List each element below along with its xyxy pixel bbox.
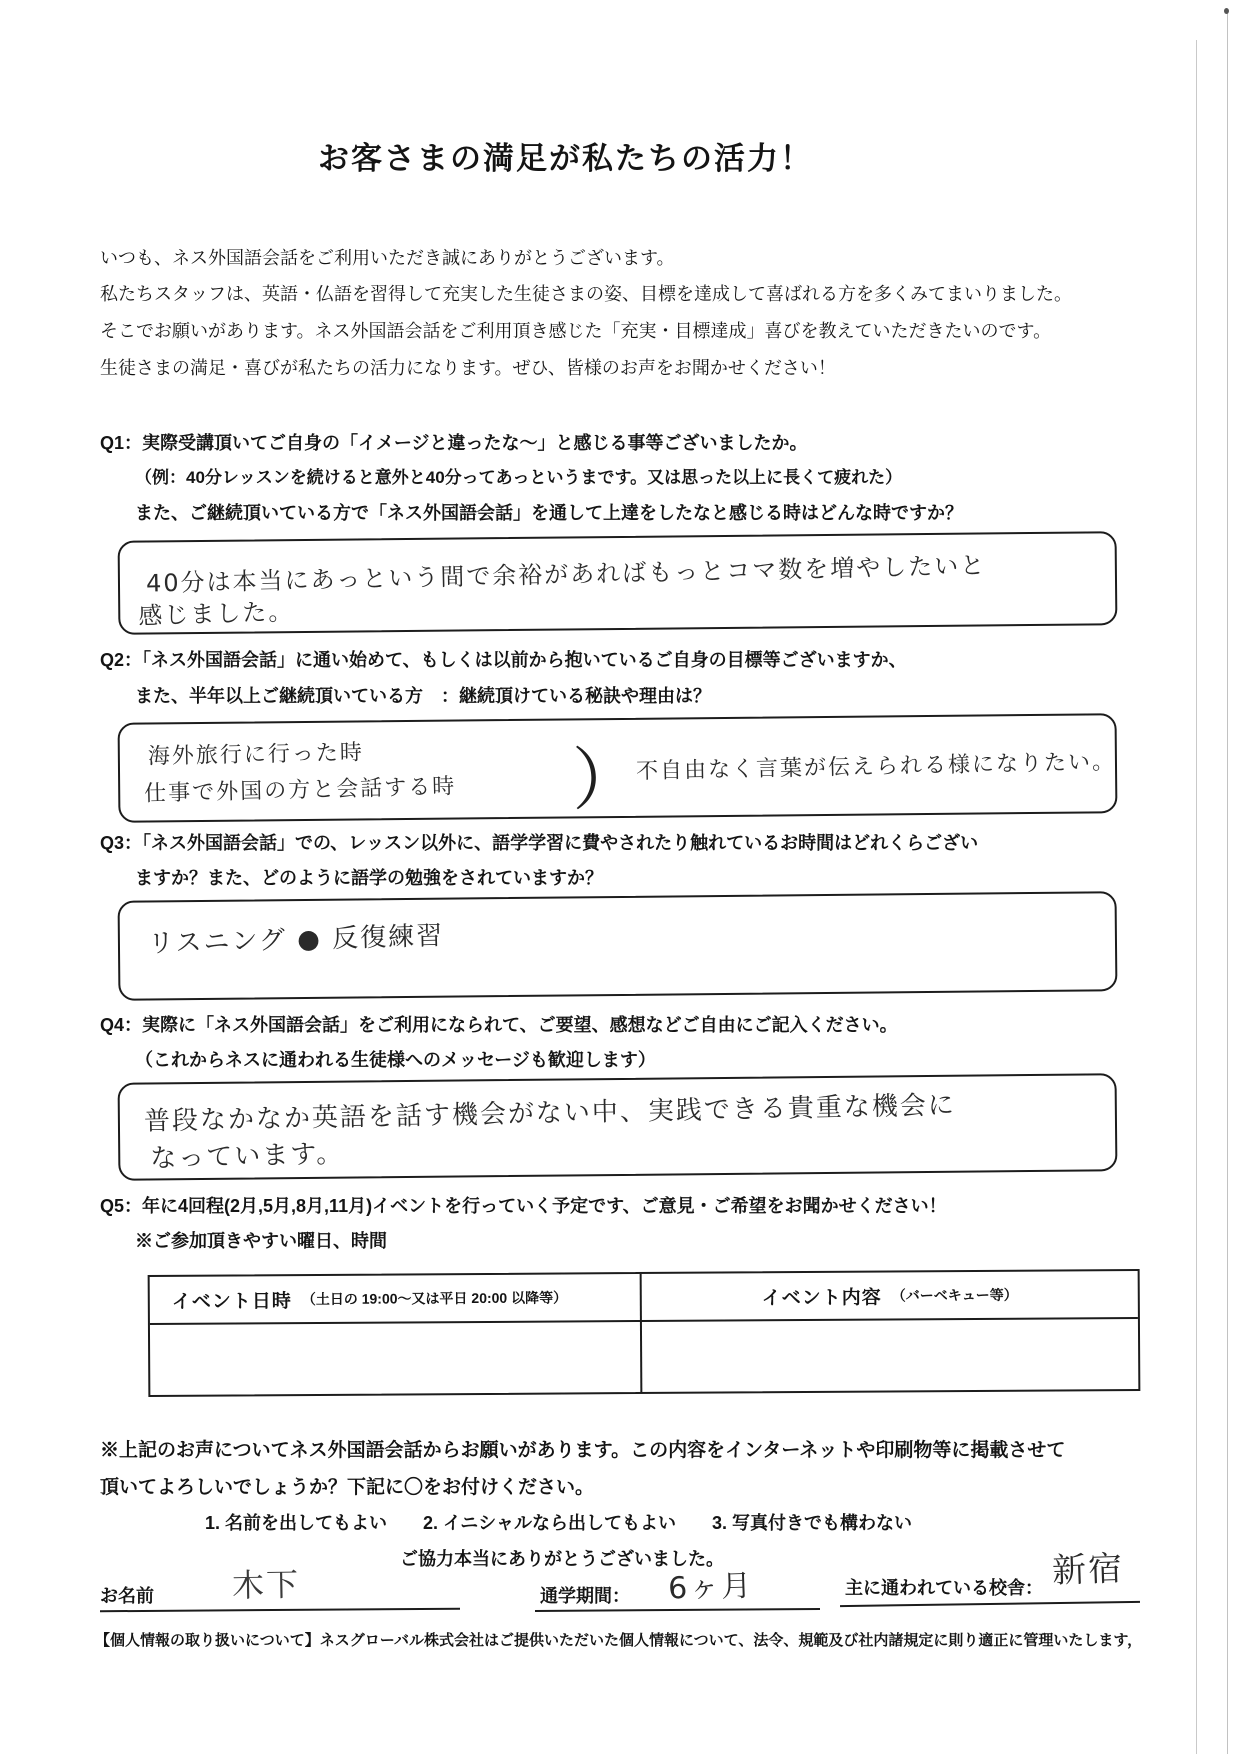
period-field-value: 6ヶ月 <box>667 1561 754 1608</box>
event-datetime-header-label: イベント日時 <box>172 1286 292 1314</box>
q3-question-line-1: Q3：「ネス外国語会話」での、レッスン以外に、語学学習に費やされたり触れているお… <box>100 833 978 855</box>
event-content-header-note: （バーベキュー等） <box>892 1285 1018 1306</box>
period-field-label: 通学期間： <box>540 1586 630 1608</box>
event-table-header-row: イベント日時 （土日の 19:00～又は平日 20:00 以降等） イベント内容… <box>150 1271 1138 1325</box>
q1-question-line-1: Q1：実際受講頂いてご自身の「イメージと違ったな～」と感じる事等ございましたか。 <box>100 433 807 455</box>
q2-question-line-2: また、半年以上ご継続頂いている方 ：継続頂けている秘訣や理由は？ <box>135 686 711 708</box>
q4-answer-line-1: 普段なかなか英語を話す機会がない中、実践できる貴重な機会に <box>144 1085 957 1138</box>
q2-answer-box: 海外旅行に行った時 仕事で外国の方と会話する時 ） 不自由なく言葉が伝えられる様… <box>118 713 1118 823</box>
q1-question-line-3: また、ご継続頂いている方で「ネス外国語会話」を通して上達をしたなと感じる時はどん… <box>135 503 963 525</box>
event-datetime-cell <box>150 1322 642 1395</box>
scanned-questionnaire-page: お客さまの満足が私たちの活力！ いつも、ネス外国語会話をご利用いただき誠にありが… <box>0 0 1241 1754</box>
q4-question-line-2: （これからネスに通われる生徒様へのメッセージも歓迎します） <box>135 1050 656 1072</box>
q1-answer-line-1: 40分は本当にあっという間で余裕があればもっとコマ数を増やしたいと <box>146 545 987 598</box>
q5-question-line-2: ※ご参加頂きやすい曜日、時間 <box>135 1231 387 1253</box>
scan-artifact-dot <box>1224 8 1229 14</box>
q2-question-line-1: Q2：「ネス外国語会話」に通い始めて、もしくは以前から抱いているご自身の目標等ご… <box>100 650 907 672</box>
scan-artifact-line <box>1227 12 1228 1754</box>
privacy-footer: 【個人情報の取り扱いについて】ネスグローバル株式会社はご提供いただいた個人情報に… <box>95 1632 1142 1650</box>
event-datetime-header-note: （土日の 19:00～又は平日 20:00 以降等） <box>302 1287 567 1309</box>
q2-answer-brace: ） <box>572 726 643 824</box>
q3-question-line-2: ますか？また、どのように語学の勉強をされていますか？ <box>135 868 603 890</box>
school-field-line <box>840 1600 1140 1607</box>
permission-line-1: ※上記のお声についてネス外国語会話からお願いがあります。この内容をインターネット… <box>100 1440 1065 1463</box>
school-field-label: 主に通われている校舎： <box>845 1578 1043 1600</box>
school-field-value: 新宿 <box>1051 1541 1125 1592</box>
intro-line-1: いつも、ネス外国語会話をご利用いただき誠にありがとうございます。 <box>100 248 675 270</box>
scan-artifact-line <box>1196 40 1197 1754</box>
event-content-header-label: イベント内容 <box>762 1282 882 1310</box>
q1-answer-box: 40分は本当にあっという間で余裕があればもっとコマ数を増やしたいと 感じました。 <box>118 531 1118 635</box>
q3-answer-box: リスニング ● 反復練習 <box>118 891 1118 1001</box>
event-table-header-datetime: イベント日時 （土日の 19:00～又は平日 20:00 以降等） <box>150 1274 642 1325</box>
permission-line-2: 頂いてよろしいでしょうか？下記に〇をお付けください。 <box>100 1477 594 1500</box>
event-table-body-row <box>150 1319 1138 1395</box>
q3-answer-line-1: リスニング ● 反復練習 <box>147 915 444 960</box>
q2-answer-left-line-1: 海外旅行に行った時 <box>148 735 365 770</box>
intro-line-3: そこでお願いがあります。ネス外国語会話をご利用頂き感じた「充実・目標達成」喜びを… <box>100 321 1051 343</box>
event-table-header-content: イベント内容 （バーベキュー等） <box>642 1271 1138 1322</box>
period-field-line <box>535 1607 820 1612</box>
q4-answer-line-2: なっています。 <box>150 1133 345 1175</box>
page-title: お客さまの満足が私たちの活力！ <box>318 140 813 177</box>
event-content-cell <box>642 1319 1138 1392</box>
event-table: イベント日時 （土日の 19:00～又は平日 20:00 以降等） イベント内容… <box>148 1269 1141 1397</box>
name-field-label: お名前 <box>100 1586 154 1608</box>
q2-answer-right: 不自由なく言葉が伝えられる様になりたい。 <box>636 745 1117 786</box>
q4-answer-box: 普段なかなか英語を話す機会がない中、実践できる貴重な機会に なっています。 <box>118 1073 1118 1181</box>
q1-answer-line-2: 感じました。 <box>138 591 295 631</box>
q5-question-line-1: Q5：年に4回程(2月,5月,8月,11月)イベントを行っていく予定です、ご意見… <box>100 1196 947 1218</box>
q4-question-line-1: Q4：実際に「ネス外国語会話」をご利用になられて、ご要望、感想などご自由にご記入… <box>100 1015 898 1037</box>
q1-question-line-2: （例：40分レッスンを続けると意外と40分ってあっというまです。又は思った以上に… <box>135 468 902 488</box>
q2-answer-left-line-2: 仕事で外国の方と会話する時 <box>144 769 457 807</box>
intro-line-4: 生徒さまの満足・喜びが私たちの活力になります。ぜひ、皆様のお声をお聞かせください… <box>100 358 836 380</box>
intro-line-2: 私たちスタッフは、英語・仏語を習得して充実した生徒さまの姿、目標を達成して喜ばれ… <box>100 284 1072 306</box>
permission-options: 1. 名前を出してもよい 2. イニシャルなら出してもよい 3. 写真付きでも構… <box>205 1513 912 1535</box>
name-field-value: 木下 <box>232 1559 301 1606</box>
